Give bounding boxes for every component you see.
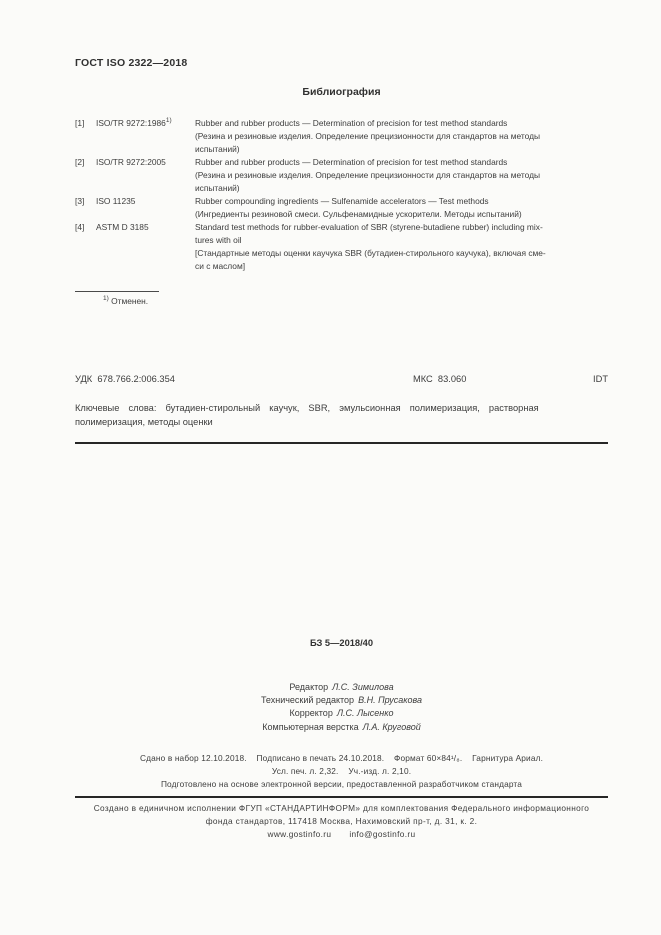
bibliography-entry: [2] ISO/TR 9272:2005 Rubber and rubber p… xyxy=(75,156,608,195)
section-divider xyxy=(75,442,608,444)
staff-role: Технический редактор xyxy=(261,695,354,705)
bibliography-entry: [1] ISO/TR 9272:19861) Rubber and rubber… xyxy=(75,117,608,156)
staff-line: КорректорЛ.С. Лысенко xyxy=(75,707,608,720)
bibliography-code: ISO 11235 xyxy=(96,195,195,208)
bibliography-description: Rubber and rubber products — Determinati… xyxy=(195,117,608,156)
footnote-divider xyxy=(75,291,159,292)
staff-line: Компьютерная версткаЛ.А. Круговой xyxy=(75,721,608,734)
footnote: 1) Отменен. xyxy=(103,296,148,306)
staff-credits: РедакторЛ.С. Зимилова Технический редакт… xyxy=(75,681,608,734)
bibliography-code-text: ISO/TR 9272:1986 xyxy=(96,118,166,128)
staff-name: В.Н. Прусакова xyxy=(358,695,422,705)
publisher-line-1: Создано в единичном исполнении ФГУП «СТА… xyxy=(75,802,608,815)
footnote-marker: 1) xyxy=(166,117,172,124)
bibliography-ref: [2] xyxy=(75,156,96,169)
udk-label: УДК 678.766.2:006.354 xyxy=(75,374,175,384)
website-link: www.gostinfo.ru xyxy=(268,828,332,841)
bibliography-code: ISO/TR 9272:19861) xyxy=(96,117,195,130)
bibliography-ref: [1] xyxy=(75,117,96,130)
bibliography-ref: [4] xyxy=(75,221,96,234)
bibliography-code-text: ISO 11235 xyxy=(96,196,135,206)
bibliography-description: Standard test methods for rubber-evaluat… xyxy=(195,221,608,273)
bibliography-entry: [4] ASTM D 3185 Standard test methods fo… xyxy=(75,221,608,273)
document-page: ГОСТ ISO 2322—2018 Библиография [1] ISO/… xyxy=(0,0,661,935)
section-title: Библиография xyxy=(75,86,608,98)
staff-role: Редактор xyxy=(289,682,328,692)
publisher-links: www.gostinfo.ru info@gostinfo.ru xyxy=(75,828,608,841)
bibliography-code-text: ISO/TR 9272:2005 xyxy=(96,157,166,167)
bibliography-ref: [3] xyxy=(75,195,96,208)
idt-label: IDT xyxy=(593,374,608,384)
bibliography-code-text: ASTM D 3185 xyxy=(96,222,149,232)
publisher-note: Создано в единичном исполнении ФГУП «СТА… xyxy=(75,802,608,841)
standard-code-header: ГОСТ ISO 2322—2018 xyxy=(75,57,187,69)
staff-name: Л.С. Лысенко xyxy=(337,708,394,718)
classification-row: УДК 678.766.2:006.354 МКС 83.060 IDT xyxy=(75,374,608,388)
bibliography-description: Rubber compounding ingredients — Sulfena… xyxy=(195,195,608,221)
print-info-line-3: Подготовлено на основе электронной верси… xyxy=(75,778,608,791)
staff-name: Л.А. Круговой xyxy=(363,722,421,732)
footer-divider xyxy=(75,796,608,798)
mks-label: МКС 83.060 xyxy=(413,374,466,384)
staff-role: Компьютерная верстка xyxy=(262,722,358,732)
batch-code-label: БЗ 5—2018/40 xyxy=(75,638,608,648)
staff-name: Л.С. Зимилова xyxy=(332,682,393,692)
keywords-paragraph: Ключевые слова: бутадиен-стирольный кауч… xyxy=(75,402,608,429)
staff-line: РедакторЛ.С. Зимилова xyxy=(75,681,608,694)
bibliography-code: ISO/TR 9272:2005 xyxy=(96,156,195,169)
print-info-line-2: Усл. печ. л. 2,32. Уч.-изд. л. 2,10. xyxy=(75,765,608,778)
email-link: info@gostinfo.ru xyxy=(349,828,415,841)
staff-role: Корректор xyxy=(289,708,332,718)
publisher-line-2: фонда стандартов, 117418 Москва, Нахимов… xyxy=(75,815,608,828)
print-info-block: Сдано в набор 12.10.2018. Подписано в пе… xyxy=(75,752,608,791)
bibliography-description: Rubber and rubber products — Determinati… xyxy=(195,156,608,195)
bibliography-entry: [3] ISO 11235 Rubber compounding ingredi… xyxy=(75,195,608,221)
staff-line: Технический редакторВ.Н. Прусакова xyxy=(75,694,608,707)
footnote-text: Отменен. xyxy=(109,296,148,306)
bibliography-code: ASTM D 3185 xyxy=(96,221,195,234)
bibliography-list: [1] ISO/TR 9272:19861) Rubber and rubber… xyxy=(75,117,608,273)
print-info-line-1: Сдано в набор 12.10.2018. Подписано в пе… xyxy=(75,752,608,765)
